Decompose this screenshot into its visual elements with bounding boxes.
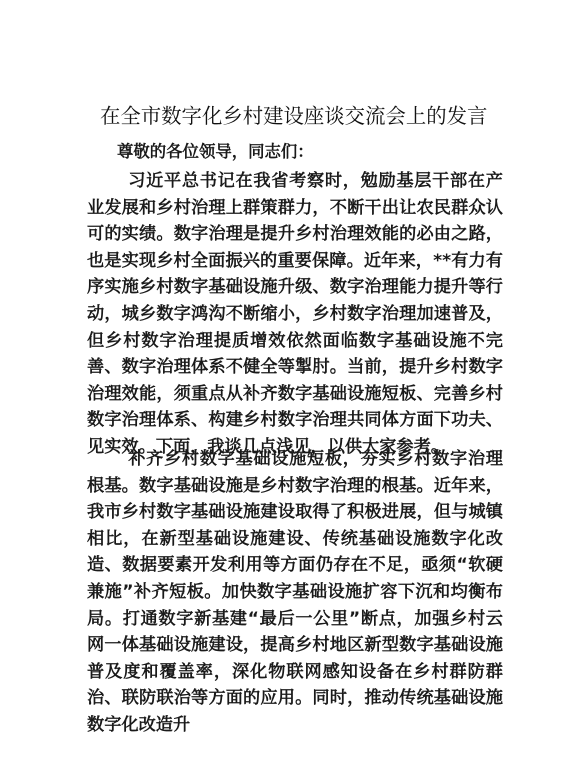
- body-paragraph-infrastructure: 补齐乡村数字基础设施短板，夯实乡村数字治理根基。数字基础设施是乡村数字治理的根基…: [87, 446, 503, 739]
- document-title: 在全市数字化乡村建设座谈交流会上的发言: [100, 102, 500, 130]
- greeting-line: 尊敬的各位领导，同志们：: [117, 140, 314, 164]
- body-paragraph-intro: 习近平总书记在我省考察时，勉励基层干部在产业发展和乡村治理上群策群力，不断干出让…: [87, 168, 503, 461]
- document-page: 在全市数字化乡村建设座谈交流会上的发言 尊敬的各位领导，同志们： 习近平总书记在…: [0, 0, 586, 759]
